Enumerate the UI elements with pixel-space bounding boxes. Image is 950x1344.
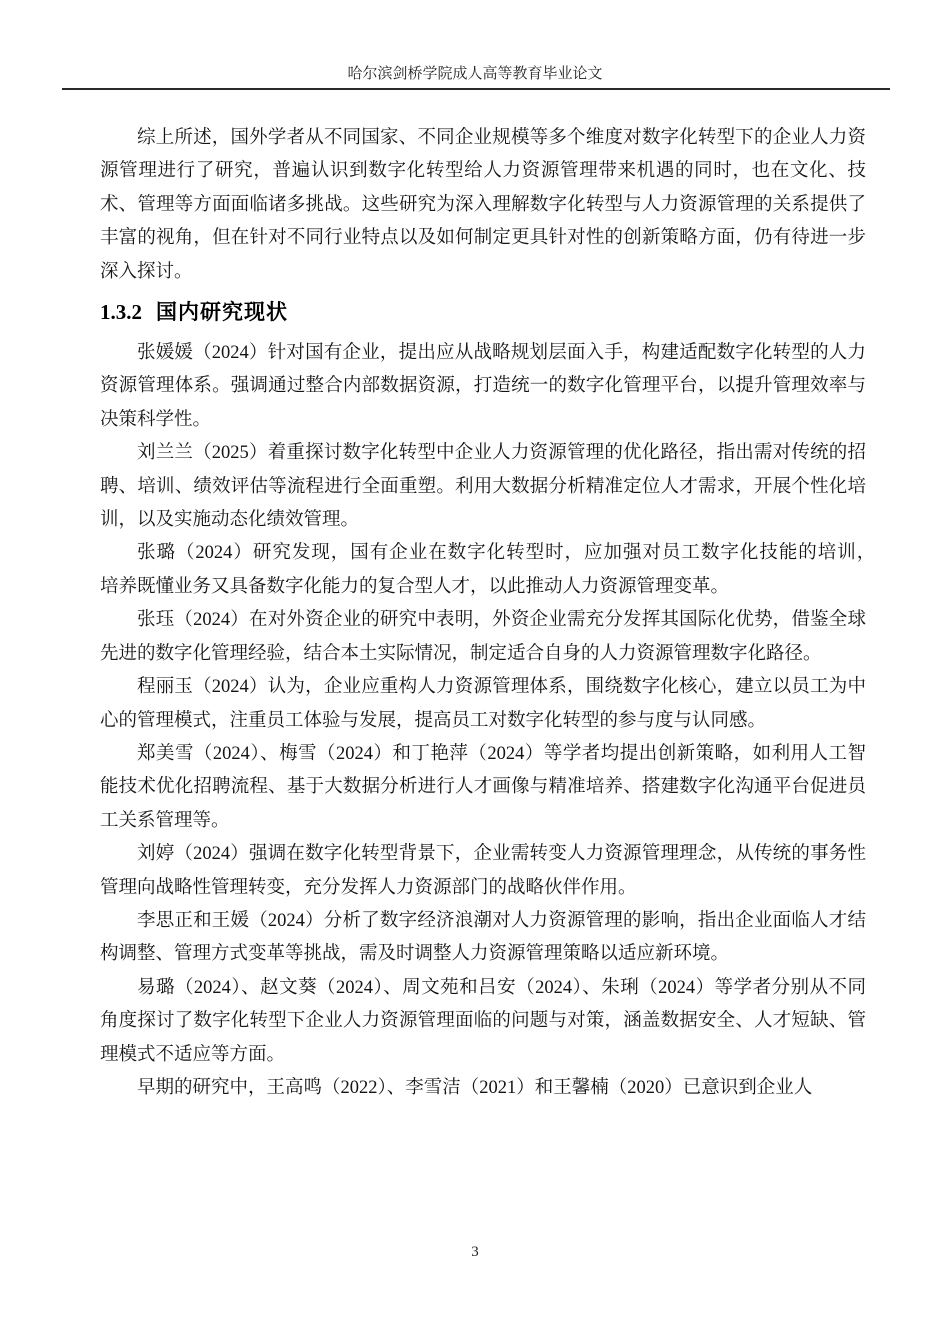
- paragraph-zhang-yuanyuan: 张媛媛（2024）针对国有企业，提出应从战略规划层面入手，构建适配数字化转型的人…: [100, 337, 866, 437]
- page-body: 综上所述，国外学者从不同国家、不同企业规模等多个维度对数字化转型下的企业人力资源…: [100, 122, 866, 1105]
- paragraph-liu-ting: 刘婷（2024）强调在数字化转型背景下，企业需转变人力资源管理理念，从传统的事务…: [100, 838, 866, 905]
- page-number: 3: [471, 1244, 479, 1260]
- paragraph-zheng-meixue: 郑美雪（2024）、梅雪（2024）和丁艳萍（2024）等学者均提出创新策略，如…: [100, 738, 866, 838]
- section-heading-title: 国内研究现状: [156, 301, 288, 324]
- paragraph-zhang-lu: 张璐（2024）研究发现，国有企业在数字化转型时，应加强对员工数字化技能的培训，…: [100, 537, 866, 604]
- paragraph-yi-lu-et-al: 易璐（2024）、赵文葵（2024）、周文苑和吕安（2024）、朱琍（2024）…: [100, 972, 866, 1072]
- section-heading-number: 1.3.2: [100, 300, 142, 324]
- section-heading: 1.3.2国内研究现状: [100, 297, 866, 328]
- running-header: 哈尔滨剑桥学院成人高等教育毕业论文: [0, 64, 950, 84]
- paragraph-early-research: 早期的研究中，王高鸣（2022）、李雪洁（2021）和王馨楠（2020）已意识到…: [100, 1072, 866, 1105]
- paragraph-li-sizheng: 李思正和王媛（2024）分析了数字经济浪潮对人力资源管理的影响，指出企业面临人才…: [100, 905, 866, 972]
- paragraph-zhang-jue: 张珏（2024）在对外资企业的研究中表明，外资企业需充分发挥其国际化优势，借鉴全…: [100, 604, 866, 671]
- paragraph-liu-lanlan: 刘兰兰（2025）着重探讨数字化转型中企业人力资源管理的优化路径，指出需对传统的…: [100, 437, 866, 537]
- thesis-page: 哈尔滨剑桥学院成人高等教育毕业论文 综上所述，国外学者从不同国家、不同企业规模等…: [0, 0, 950, 1344]
- paragraph-cheng-liyu: 程丽玉（2024）认为，企业应重构人力资源管理体系，围绕数字化核心，建立以员工为…: [100, 671, 866, 738]
- header-divider-rule: [62, 88, 890, 90]
- paragraph-summary: 综上所述，国外学者从不同国家、不同企业规模等多个维度对数字化转型下的企业人力资源…: [100, 122, 866, 289]
- running-header-title: 哈尔滨剑桥学院成人高等教育毕业论文: [347, 66, 602, 82]
- page-footer: 3: [0, 1243, 950, 1261]
